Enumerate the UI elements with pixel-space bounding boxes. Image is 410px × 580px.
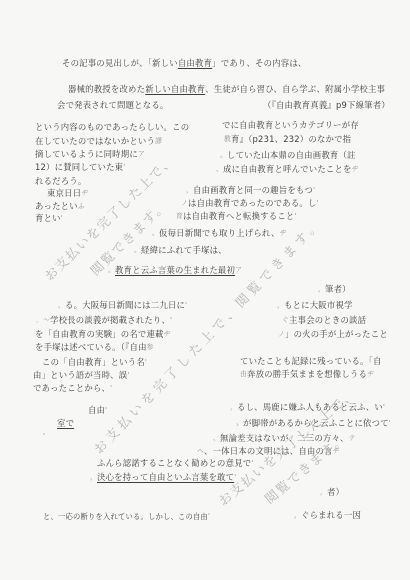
faded-character: '	[170, 316, 172, 324]
faded-character: '	[313, 186, 315, 194]
underlined-text: 新しい自由教育	[145, 84, 205, 94]
text-line: と、一応の断りを入れている。しかし、この自由'	[43, 511, 210, 522]
text-line: ヘ、一体日本の文明には、自由の言ヂ	[197, 446, 340, 456]
faded-character: '	[123, 163, 125, 171]
underlined-text: 室で	[57, 418, 74, 428]
text-line: 〟が脚帯があるからと云ふことに依つて'	[236, 418, 391, 428]
text-line: その記事の見出しが、「新しい自由教育」であり、その内容は、	[62, 58, 307, 68]
faded-character: '	[145, 358, 147, 366]
text-line: ，決心を持って自由といふ言葉を敢て'	[90, 472, 236, 482]
faded-character: テ	[349, 434, 356, 442]
text-line: ，もとに大阪市視学	[277, 300, 353, 310]
faded-character: ，	[58, 301, 65, 309]
faded-character: '	[208, 512, 210, 520]
faded-character: ，	[90, 473, 97, 481]
faded-character: ヂ	[367, 370, 374, 378]
faded-character: 、	[216, 165, 223, 173]
text-line: あったといふ	[35, 201, 85, 211]
faded-character: ヘ	[197, 447, 204, 455]
faded-character: 。	[152, 229, 159, 237]
text-line: を手塚は述べている。（『自由参	[35, 342, 154, 352]
faded-character: 参	[147, 343, 154, 351]
text-line: ふんら認諾することなく勧めとの意見で'	[97, 458, 253, 468]
text-line: でに自由教育というカテゴリーが存	[222, 120, 359, 130]
text-line: 由奔放の勝手気ままを想像しうるヂ	[240, 369, 374, 379]
text-line: 摘しているように同時期にア	[35, 149, 145, 159]
faded-character: ，	[318, 285, 325, 293]
faded-character: '	[185, 301, 187, 309]
text-line: 。経緯にふれて手塚は、	[134, 245, 227, 255]
faded-character: ．〜	[36, 316, 50, 324]
faded-character: 〟	[236, 419, 243, 427]
text-line: れるだろう。	[35, 176, 86, 186]
faded-character: ヂ	[164, 330, 171, 338]
text-line: 教育』（p231、232）のなかで指	[224, 134, 351, 144]
text-line: を「自由教育の実験」の名で連載ヂ	[35, 329, 171, 339]
faded-character: ，	[186, 186, 193, 194]
text-line: 、成に自由教育と呼んでいたことをヂ	[216, 164, 359, 174]
underlined-text: 自由教育	[178, 58, 212, 68]
faded-character: '	[43, 432, 45, 440]
text-line: ，筆者）	[318, 284, 351, 294]
text-line: 在していたのではないかという謬	[35, 136, 162, 146]
underlined-text: 決心を持って自由といふ言葉を敢て	[97, 472, 234, 482]
faded-character: ノ	[278, 330, 285, 338]
text-line: ，者）	[320, 487, 344, 497]
text-line: '	[43, 431, 45, 441]
faded-character: ，	[230, 403, 237, 411]
faded-character: 。	[134, 246, 141, 254]
text-line: 室で	[57, 418, 74, 428]
text-line: ．〜学校長の談義が掲載されたり、'	[36, 315, 172, 325]
faded-character: 謬	[155, 137, 162, 145]
faded-character: 教	[224, 135, 231, 143]
faded-character: ヂ	[81, 189, 88, 197]
faded-character: ヂ	[352, 165, 359, 173]
faded-character: ，	[277, 301, 284, 309]
faded-character: ア	[235, 266, 242, 274]
faded-character: ぐ	[282, 316, 289, 324]
text-line: ていたことも記録に残っている。「自	[240, 356, 382, 366]
faded-character: ，	[320, 488, 327, 496]
text-line: 自由'	[88, 405, 107, 415]
faded-character: '	[105, 406, 107, 414]
text-line: であったことから、'	[33, 383, 112, 393]
text-line: 12）に賛同していた東'	[35, 162, 125, 172]
text-line: 。仮毎日新聞でも取り上げられ、ヂ	[152, 228, 287, 238]
faded-character: '	[234, 473, 236, 481]
faded-character: ヂ	[280, 229, 287, 237]
text-line: ぐ主事会のときの談話	[282, 315, 366, 325]
faded-character: 育	[176, 212, 183, 220]
text-line: ，る。大阪毎日新聞には二九日に'	[58, 300, 187, 310]
underlined-text: 教育と云ふ言葉の生まれた最初	[115, 265, 235, 275]
text-line: 器械的教授を改めた新しい自由教育、生徒が自ら習ひ、自ら学ぶ、附属小学校主事	[68, 84, 385, 94]
text-line: （『自由教育真義』p9下線筆者）	[263, 100, 390, 110]
text-line: ノは自由教育であったのである。し'	[181, 198, 319, 208]
text-line: ，自由画教育と同一の趣旨をもつ'	[186, 185, 315, 195]
faded-character: '	[251, 459, 253, 467]
text-line: 。教育と云ふ言葉の生まれた最初ア	[108, 265, 242, 275]
text-line: 育は自由教育へと転換すること'	[176, 211, 297, 221]
faded-character: 由	[240, 370, 247, 378]
faded-character: ふ	[78, 202, 85, 210]
text-line: ノ」の火の手が上がったこと	[278, 329, 388, 339]
faded-character: ノ	[181, 199, 188, 207]
faded-character: ヂ	[333, 447, 340, 455]
faded-character: '	[294, 212, 296, 220]
text-line: ，るし、馬鹿に嫌ふ人もあると云ふ、い'	[230, 402, 385, 412]
faded-character: '	[127, 371, 129, 379]
faded-character: '	[61, 214, 63, 222]
text-line: ，ぐらまれる一因	[294, 510, 361, 520]
faded-character: '	[317, 199, 319, 207]
text-line: 育とい'	[35, 213, 63, 223]
text-line: 会で発表されて問題となる。	[57, 100, 168, 110]
text-line: という内容のものであったらしい。この	[35, 122, 189, 132]
scanned-document-page: その記事の見出しが、「新しい自由教育」であり、その内容は、器械的教授を改めた新し…	[0, 0, 410, 580]
text-line: この「自由教育」という名'	[42, 357, 147, 367]
faded-character: '	[389, 419, 391, 427]
faded-character: ア	[138, 150, 145, 158]
faded-character: 。	[220, 151, 227, 159]
text-line: 由」という語が当時、誤'	[33, 370, 129, 380]
faded-character: ，	[294, 511, 301, 519]
text-line: 。していた山本鼎の自由画教育（註	[220, 150, 356, 160]
text-line: 東京日日ヂ	[47, 188, 88, 198]
faded-character: '	[110, 384, 112, 392]
faded-character: 、	[213, 434, 220, 442]
text-line: 、無論差支はないが、二三の方々、テ	[213, 433, 356, 443]
faded-character: 。	[108, 266, 115, 274]
faded-character: '	[383, 403, 385, 411]
